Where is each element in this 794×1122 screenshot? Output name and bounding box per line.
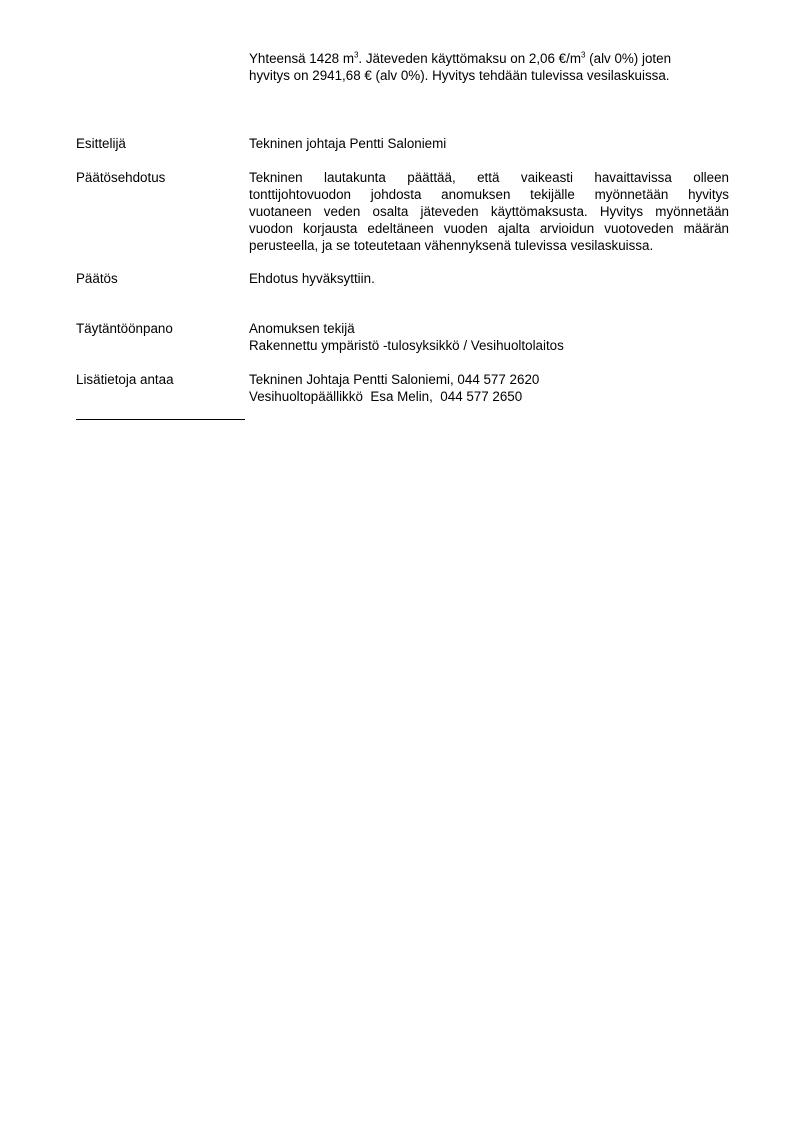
- document-page: Yhteensä 1428 m3. Jäteveden käyttömaksu …: [0, 0, 794, 1122]
- summary-total-text: Yhteensä 1428 m: [249, 51, 354, 66]
- section-label-paatos: Päätös: [76, 270, 246, 287]
- content-line: Tekninen lautakunta päättää, että vaikea…: [249, 169, 729, 186]
- content-line: perusteella, ja se toteutetaan vähennyks…: [249, 237, 729, 254]
- section-divider: [76, 419, 245, 420]
- compensation-summary: Yhteensä 1428 m3. Jäteveden käyttömaksu …: [249, 50, 729, 84]
- summary-fee-text: . Jäteveden käyttömaksu on 2,06 €/m: [358, 51, 581, 66]
- content-line: tonttijohtovuodon johdosta anomuksen tek…: [249, 186, 729, 203]
- section-content-lisatietoja: Tekninen Johtaja Pentti Saloniemi, 044 5…: [249, 371, 729, 405]
- section-label-taytantoonpano: Täytäntöönpano: [76, 320, 246, 337]
- section-label-paatosehdotus: Päätösehdotus: [76, 169, 246, 186]
- content-line: Rakennettu ympäristö -tulosyksikkö / Ves…: [249, 337, 729, 354]
- section-content-taytantoonpano: Anomuksen tekijä Rakennettu ympäristö -t…: [249, 320, 729, 354]
- section-label-esittelija: Esittelijä: [76, 135, 246, 152]
- content-line: Ehdotus hyväksyttiin.: [249, 270, 729, 287]
- content-line: Anomuksen tekijä: [249, 320, 729, 337]
- summary-line-2: hyvitys on 2941,68 € (alv 0%). Hyvitys t…: [249, 67, 729, 84]
- section-content-esittelija: Tekninen johtaja Pentti Saloniemi: [249, 135, 729, 152]
- content-line: Vesihuoltopäällikkö Esa Melin, 044 577 2…: [249, 388, 729, 405]
- summary-line-1: Yhteensä 1428 m3. Jäteveden käyttömaksu …: [249, 50, 729, 67]
- content-line: vuotaneen veden osalta jäteveden käyttöm…: [249, 203, 729, 220]
- content-line: Tekninen johtaja Pentti Saloniemi: [249, 135, 729, 152]
- section-content-paatosehdotus: Tekninen lautakunta päättää, että vaikea…: [249, 169, 729, 254]
- content-line: Tekninen Johtaja Pentti Saloniemi, 044 5…: [249, 371, 729, 388]
- section-content-paatos: Ehdotus hyväksyttiin.: [249, 270, 729, 287]
- section-label-lisatietoja: Lisätietoja antaa: [76, 371, 246, 388]
- content-line: vuodon korjausta edeltäneen vuoden ajalt…: [249, 220, 729, 237]
- summary-vat-text: (alv 0%) joten: [585, 51, 671, 66]
